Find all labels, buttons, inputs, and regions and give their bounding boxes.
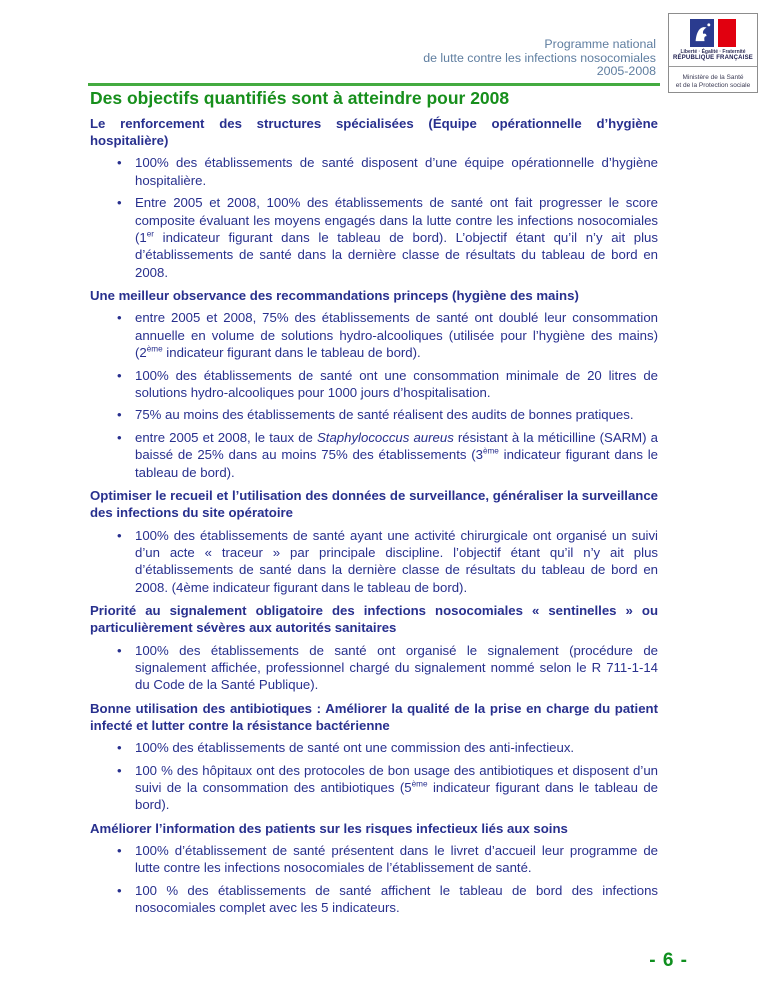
logo-ministry-line-2: et de la Protection sociale [676, 82, 750, 90]
section-heading: Bonne utilisation des antibiotiques : Am… [90, 700, 658, 734]
header-line-3: 2005-2008 [423, 65, 656, 79]
header-program-text: Programme national de lutte contre les i… [423, 38, 656, 79]
bullet-item: 100% des établissements de santé ont une… [90, 739, 658, 756]
sections: Le renforcement des structures spécialis… [90, 115, 658, 917]
section-heading: Une meilleur observance des recommandati… [90, 287, 658, 304]
superscript: ème [483, 447, 499, 456]
bullet-item: entre 2005 et 2008, 75% des établissemen… [90, 309, 658, 361]
bullet-list: entre 2005 et 2008, 75% des établissemen… [90, 309, 658, 481]
text-segment: indicateur figurant dans le tableau de b… [163, 345, 421, 360]
bullet-list: 100% d’établissement de santé présentent… [90, 842, 658, 917]
text-segment: 100% des établissements de santé ayant u… [135, 528, 658, 595]
logo-ministry: Ministère de la Santé et de la Protectio… [676, 74, 750, 90]
text-segment: 100% des établissements de santé ont une… [135, 740, 574, 755]
superscript: er [147, 230, 154, 239]
text-segment: 100 % des établissements de santé affich… [135, 883, 658, 915]
bullet-item: 75% au moins des établissements de santé… [90, 406, 658, 423]
bullet-list: 100% des établissements de santé dispose… [90, 154, 658, 281]
bullet-list: 100% des établissements de santé ont une… [90, 739, 658, 814]
bullet-item: 100% des établissements de santé dispose… [90, 154, 658, 189]
logo-ministry-line-1: Ministère de la Santé [676, 74, 750, 82]
section-heading: Améliorer l’information des patients sur… [90, 820, 658, 837]
bullet-item: Entre 2005 et 2008, 100% des établisseme… [90, 194, 658, 281]
bullet-list: 100% des établissements de santé ayant u… [90, 527, 658, 597]
superscript: ème [412, 780, 428, 789]
page-title: Des objectifs quantifiés sont à atteindr… [90, 88, 658, 109]
text-segment: 75% au moins des établissements de santé… [135, 407, 634, 422]
text-segment: indicateur figurant dans le tableau de b… [135, 230, 658, 280]
text-segment: 100% des établissements de santé ont org… [135, 643, 658, 693]
header-line-2: de lutte contre les infections nosocomia… [423, 52, 656, 66]
section-heading: Le renforcement des structures spécialis… [90, 115, 658, 149]
page-number: - 6 - [649, 950, 688, 972]
bullet-list: 100% des établissements de santé ont org… [90, 642, 658, 694]
bullet-item: 100% des établissements de santé ayant u… [90, 527, 658, 597]
document-content: Des objectifs quantifiés sont à atteindr… [90, 88, 658, 922]
section-heading: Optimiser le recueil et l’utilisation de… [90, 487, 658, 521]
section-heading: Priorité au signalement obligatoire des … [90, 602, 658, 636]
marianne-silhouette-icon [692, 21, 712, 45]
bullet-item: 100% des établissements de santé ont org… [90, 642, 658, 694]
header-rule [88, 83, 660, 86]
bullet-item: 100 % des hôpitaux ont des protocoles de… [90, 762, 658, 814]
bullet-item: 100% des établissements de santé ont une… [90, 367, 658, 402]
superscript: ème [147, 345, 163, 354]
italic-text: Staphylococcus aureus [317, 430, 454, 445]
bullet-item: 100 % des établissements de santé affich… [90, 882, 658, 917]
text-segment: 100% des établissements de santé dispose… [135, 155, 658, 187]
logo-divider [669, 66, 757, 67]
french-republic-logo: Liberté · Égalité · Fraternité RÉPUBLIQU… [668, 13, 758, 93]
text-segment: entre 2005 et 2008, le taux de [135, 430, 317, 445]
header-line-1: Programme national [423, 38, 656, 52]
logo-republic: RÉPUBLIQUE FRANÇAISE [673, 55, 753, 62]
document-page: { "header": { "program_lines": [ "Progra… [0, 0, 768, 993]
text-segment: 100% d’établissement de santé présentent… [135, 843, 658, 875]
bullet-item: entre 2005 et 2008, le taux de Staphyloc… [90, 429, 658, 481]
french-flag-marianne-icon [690, 19, 736, 47]
bullet-item: 100% d’établissement de santé présentent… [90, 842, 658, 877]
text-segment: 100% des établissements de santé ont une… [135, 368, 658, 400]
